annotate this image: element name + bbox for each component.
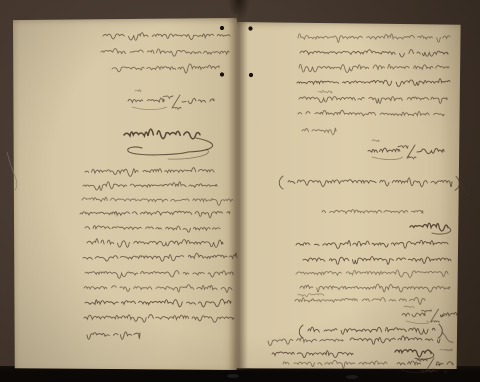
left-page-date-line [128, 90, 214, 110]
right-page-signature-1 [410, 223, 451, 234]
right-page-annotation-1 [279, 176, 470, 194]
right-page-paragraph-1 [297, 34, 450, 135]
right-page-date-line-3 [397, 358, 453, 373]
right-page-signature-2 [395, 349, 452, 359]
binding-hole [248, 26, 252, 30]
binding-hole [220, 26, 224, 30]
right-page-date-line-1 [368, 140, 444, 160]
left-page-body-paragraph [80, 168, 237, 340]
right-page-resolution-line [322, 210, 423, 214]
glare-speck [227, 374, 239, 378]
left-page-opening-note [101, 33, 230, 73]
binding-hole [220, 72, 224, 76]
right-page-date-line-2 [402, 306, 457, 324]
left-page-heading [124, 129, 213, 159]
right-page-paragraph-2 [295, 240, 451, 304]
glare-speck [346, 375, 358, 379]
handwriting-ink-layer [0, 0, 480, 382]
cover-scratch-mark [7, 152, 17, 190]
binding-hole [249, 73, 253, 77]
manuscript-photo [0, 0, 480, 382]
